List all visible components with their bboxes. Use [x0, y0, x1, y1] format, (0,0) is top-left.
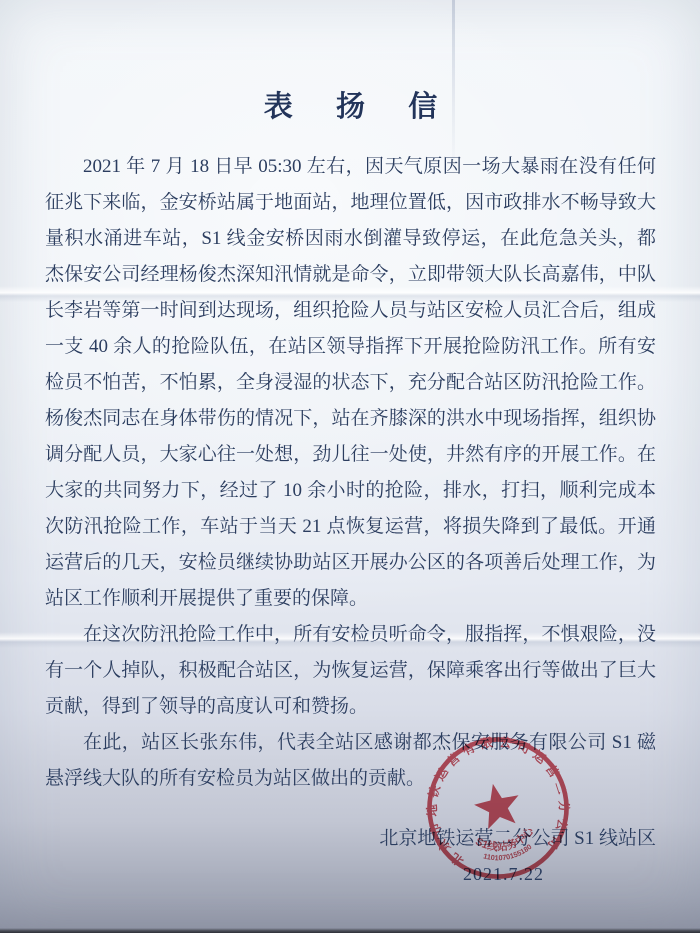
- photo-bottom-edge: [0, 928, 700, 933]
- letter-content: 表 扬 信 2021 年 7 月 18 日早 05:30 左右，因天气原因一场大…: [45, 0, 656, 885]
- letter-body: 2021 年 7 月 18 日早 05:30 左右，因天气原因一场大暴雨在没有任…: [45, 149, 656, 797]
- letter-sheet: 表 扬 信 2021 年 7 月 18 日早 05:30 左右，因天气原因一场大…: [0, 0, 700, 933]
- paragraph-1: 2021 年 7 月 18 日早 05:30 左右，因天气原因一场大暴雨在没有任…: [45, 149, 656, 617]
- letter-title: 表 扬 信: [45, 84, 656, 125]
- signature-date: 2021.7.22: [45, 864, 656, 885]
- paragraph-2: 在这次防汛抢险工作中，所有安检员听命令，服指挥，不惧艰险，没有一个人掉队，积极配…: [45, 617, 656, 725]
- paragraph-3: 在此，站区长张东伟，代表全站区感谢都杰保安服务有限公司 S1 磁悬浮线大队的所有…: [45, 725, 656, 797]
- signature-line: 北京地铁运营二分公司 S1 线站区: [45, 823, 656, 850]
